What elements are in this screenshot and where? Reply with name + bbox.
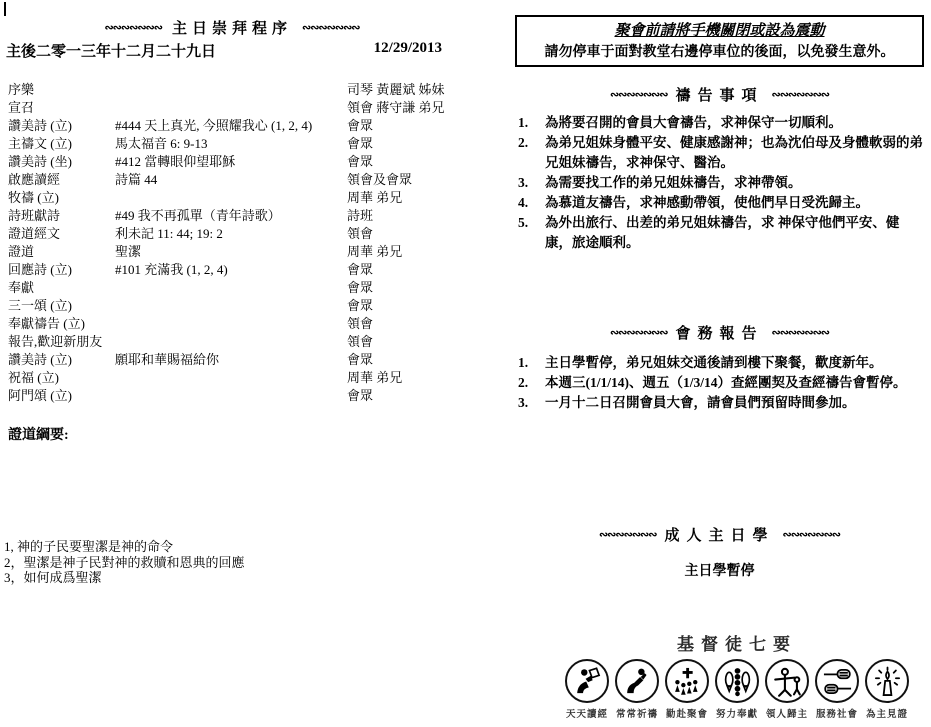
item-number: 2. xyxy=(518,133,545,173)
program-item-detail xyxy=(115,279,347,297)
item-text: 為需要找工作的弟兄姐妹禱告，求神帶領。 xyxy=(545,173,923,193)
witness-for-lord-icon xyxy=(865,659,909,703)
program-item-detail xyxy=(115,99,347,117)
announcements-list: 1.主日學暫停，弟兄姐妹交通後請到樓下聚餐，歡度新年。 2.本週三(1/1/14… xyxy=(518,353,923,413)
sermon-outline-point: 3，如何成爲聖潔 xyxy=(4,570,245,586)
essential-constant-prayer: 常常祈禱 xyxy=(613,659,661,720)
essential-label: 常常祈禱 xyxy=(613,706,661,720)
program-item-label: 啟應讀經 xyxy=(8,171,115,189)
seven-essentials-block: 基督徒七要 天天讀經 常常祈禱 勤赴聚會 xyxy=(552,630,922,720)
program-item-label: 回應詩 (立) xyxy=(8,261,115,279)
essential-daily-bible: 天天讀經 xyxy=(563,659,611,720)
prayer-item: 3.為需要找工作的弟兄姐妹禱告，求神帶領。 xyxy=(518,173,923,193)
date-numeric: 12/29/2013 xyxy=(374,40,442,61)
item-text: 主日學暫停，弟兄姐妹交通後請到樓下聚餐，歡度新年。 xyxy=(545,353,923,373)
essential-label: 努力奉獻 xyxy=(713,706,761,720)
program-item-label: 讚美詩 (坐) xyxy=(8,153,115,171)
program-item-leader: 會眾 xyxy=(347,351,463,369)
bulletin-page: ∾∾∾∾∾∾∾主日崇拜程序∾∾∾∾∾∾∾ 主後二零一三年十二月二十九日 12/2… xyxy=(0,0,931,727)
program-item-leader: 周華 弟兄 xyxy=(347,189,463,207)
program-row: 奉獻禱告 (立)領會 xyxy=(8,315,463,333)
program-item-leader: 領會 蔣守謙 弟兄 xyxy=(347,99,463,117)
sunday-school-section-title: 成人主日學 xyxy=(664,528,774,544)
prayer-section-title: 禱告事項 xyxy=(675,88,763,104)
program-item-detail xyxy=(115,333,347,351)
program-row: 序樂司琴 黃麗斌 姊妹 xyxy=(8,81,463,99)
program-item-detail: #101 充滿我 (1, 2, 4) xyxy=(115,261,347,279)
program-item-label: 阿門頌 (立) xyxy=(8,387,115,405)
prayer-item: 4.為慕道友禱告，求神感動帶領，使他們早日受洗歸主。 xyxy=(518,193,923,213)
program-row: 報告,歡迎新朋友領會 xyxy=(8,333,463,351)
prayer-item: 1.為將要召開的會員大會禱告，求神保守一切順利。 xyxy=(518,113,923,133)
program-item-detail: 馬太福音 6: 9-13 xyxy=(115,135,347,153)
sermon-outline-point: 1, 神的子民要聖潔是神的命令 xyxy=(4,539,245,555)
program-item-detail xyxy=(115,81,347,99)
serve-society-icon xyxy=(815,659,859,703)
constant-prayer-icon xyxy=(615,659,659,703)
cursor-artifact xyxy=(4,2,6,16)
program-item-label: 奉獻 xyxy=(8,279,115,297)
program-item-detail xyxy=(115,297,347,315)
program-row: 讚美詩 (立)願耶和華賜福給你會眾 xyxy=(8,351,463,369)
program-item-label: 主禱文 (立) xyxy=(8,135,115,153)
program-item-label: 讚美詩 (立) xyxy=(8,351,115,369)
program-item-leader: 領會及會眾 xyxy=(347,171,463,189)
program-item-detail: 聖潔 xyxy=(115,243,347,261)
item-number: 5. xyxy=(518,213,545,253)
announcement-item: 2.本週三(1/1/14)、週五（1/3/14）查經團契及查經禱告會暫停。 xyxy=(518,373,923,393)
program-row: 證道聖潔周華 弟兄 xyxy=(8,243,463,261)
date-chinese: 主後二零一三年十二月二十九日 xyxy=(6,40,216,61)
prayer-section-header: ∾∾∾∾∾∾∾禱告事項∾∾∾∾∾∾∾ xyxy=(515,84,924,105)
diligent-offering-icon xyxy=(715,659,759,703)
ornament-left: ∾∾∾∾∾∾∾ xyxy=(104,22,162,34)
program-row: 奉獻會眾 xyxy=(8,279,463,297)
program-row: 祝福 (立)周華 弟兄 xyxy=(8,369,463,387)
program-item-leader: 會眾 xyxy=(347,279,463,297)
ornament-right: ∾∾∾∾∾∾∾ xyxy=(302,22,360,34)
sermon-outline-title: 證道綱要: xyxy=(8,424,69,444)
program-table: 序樂司琴 黃麗斌 姊妹 宣召領會 蔣守謙 弟兄 讚美詩 (立)#444 天上真光… xyxy=(8,81,463,405)
item-text: 為慕道友禱告，求神感動帶領，使他們早日受洗歸主。 xyxy=(545,193,923,213)
ornament-left: ∾∾∾∾∾∾∾ xyxy=(610,89,668,101)
program-item-leader: 領會 xyxy=(347,315,463,333)
notice-parking: 請勿停車于面對教堂右邊停車位的後面，以免發生意外。 xyxy=(517,41,922,61)
ornament-right: ∾∾∾∾∾∾∾ xyxy=(783,529,841,541)
program-item-detail xyxy=(115,387,347,405)
sermon-outline-point: 2，聖潔是神子民對神的救贖和恩典的回應 xyxy=(4,555,245,571)
announcements-section-header: ∾∾∾∾∾∾∾會務報告∾∾∾∾∾∾∾ xyxy=(515,322,924,343)
program-item-label: 讚美詩 (立) xyxy=(8,117,115,135)
program-item-label: 序樂 xyxy=(8,81,115,99)
program-item-leader: 周華 弟兄 xyxy=(347,243,463,261)
program-item-label: 詩班獻詩 xyxy=(8,207,115,225)
essential-label: 領人歸主 xyxy=(763,706,811,720)
program-row: 主禱文 (立)馬太福音 6: 9-13會眾 xyxy=(8,135,463,153)
program-item-leader: 會眾 xyxy=(347,153,463,171)
program-item-leader: 領會 xyxy=(347,225,463,243)
program-row: 阿門頌 (立)會眾 xyxy=(8,387,463,405)
notice-box: 聚會前請將手機關閉或設為震動 請勿停車于面對教堂右邊停車位的後面，以免發生意外。 xyxy=(515,15,924,67)
program-row: 啟應讀經詩篇 44領會及會眾 xyxy=(8,171,463,189)
essential-label: 服務社會 xyxy=(813,706,861,720)
lead-people-to-christ-icon xyxy=(765,659,809,703)
item-text: 一月十二日召開會員大會，請會員們預留時間參加。 xyxy=(545,393,923,413)
program-row: 牧禱 (立)周華 弟兄 xyxy=(8,189,463,207)
seven-essentials-icons: 天天讀經 常常祈禱 勤赴聚會 努力奉獻 xyxy=(552,659,922,720)
program-item-label: 牧禱 (立) xyxy=(8,189,115,207)
announcement-item: 1.主日學暫停，弟兄姐妹交通後請到樓下聚餐，歡度新年。 xyxy=(518,353,923,373)
item-text: 為弟兄姐妹身體平安、健康感謝神；也為沈伯母及身體軟弱的弟兄姐妹禱告，求神保守、醫… xyxy=(545,133,923,173)
prayer-item: 2.為弟兄姐妹身體平安、健康感謝神；也為沈伯母及身體軟弱的弟兄姐妹禱告，求神保守… xyxy=(518,133,923,173)
prayer-list: 1.為將要召開的會員大會禱告，求神保守一切順利。 2.為弟兄姐妹身體平安、健康感… xyxy=(518,113,923,253)
item-number: 3. xyxy=(518,173,545,193)
program-row: 宣召領會 蔣守謙 弟兄 xyxy=(8,99,463,117)
essential-attend-meetings: 勤赴聚會 xyxy=(663,659,711,720)
item-number: 3. xyxy=(518,393,545,413)
ornament-right: ∾∾∾∾∾∾∾ xyxy=(772,89,830,101)
program-item-detail: 詩篇 44 xyxy=(115,171,347,189)
program-item-label: 宣召 xyxy=(8,99,115,117)
program-item-detail xyxy=(115,189,347,207)
program-item-leader: 會眾 xyxy=(347,135,463,153)
program-item-detail: 利未記 11: 44; 19: 2 xyxy=(115,225,347,243)
program-item-label: 祝福 (立) xyxy=(8,369,115,387)
program-item-leader: 領會 xyxy=(347,333,463,351)
sunday-school-note: 主日學暫停 xyxy=(515,560,924,580)
item-text: 為外出旅行、出差的弟兄姐妹禱告，求 神保守他們平安、健康，旅途順利。 xyxy=(545,213,923,253)
program-item-detail: 願耶和華賜福給你 xyxy=(115,351,347,369)
program-item-leader: 會眾 xyxy=(347,297,463,315)
item-number: 2. xyxy=(518,373,545,393)
program-item-detail xyxy=(115,369,347,387)
program-item-detail: #444 天上真光, 今照耀我心 (1, 2, 4) xyxy=(115,117,347,135)
item-number: 1. xyxy=(518,113,545,133)
essential-witness: 為主見證 xyxy=(863,659,911,720)
item-text: 本週三(1/1/14)、週五（1/3/14）查經團契及查經禱告會暫停。 xyxy=(545,373,923,393)
program-item-leader: 周華 弟兄 xyxy=(347,369,463,387)
prayer-item: 5.為外出旅行、出差的弟兄姐妹禱告，求 神保守他們平安、健康，旅途順利。 xyxy=(518,213,923,253)
essential-serve-society: 服務社會 xyxy=(813,659,861,720)
date-row: 主後二零一三年十二月二十九日 12/29/2013 xyxy=(6,40,442,61)
sunday-school-section-header: ∾∾∾∾∾∾∾成人主日學∾∾∾∾∾∾∾ xyxy=(515,524,924,545)
sermon-outline: 1, 神的子民要聖潔是神的命令 2，聖潔是神子民對神的救贖和恩典的回應 3，如何… xyxy=(4,539,245,586)
announcements-section-title: 會務報告 xyxy=(675,326,763,342)
program-item-label: 證道經文 xyxy=(8,225,115,243)
program-row: 三一頌 (立)會眾 xyxy=(8,297,463,315)
program-item-detail: #49 我不再孤單（青年詩歌） xyxy=(115,207,347,225)
essential-diligent-offering: 努力奉獻 xyxy=(713,659,761,720)
program-item-label: 報告,歡迎新朋友 xyxy=(8,333,115,351)
program-row: 證道經文利未記 11: 44; 19: 2領會 xyxy=(8,225,463,243)
attend-meetings-icon xyxy=(665,659,709,703)
worship-program-header: ∾∾∾∾∾∾∾主日崇拜程序∾∾∾∾∾∾∾ xyxy=(6,17,458,38)
program-item-label: 奉獻禱告 (立) xyxy=(8,315,115,333)
essential-label: 勤赴聚會 xyxy=(663,706,711,720)
essential-lead-people: 領人歸主 xyxy=(763,659,811,720)
program-item-leader: 司琴 黃麗斌 姊妹 xyxy=(347,81,463,99)
notice-phones-off: 聚會前請將手機關閉或設為震動 xyxy=(517,19,922,40)
ornament-left: ∾∾∾∾∾∾∾ xyxy=(599,529,657,541)
program-item-detail: #412 當轉眼仰望耶穌 xyxy=(115,153,347,171)
essential-label: 天天讀經 xyxy=(563,706,611,720)
item-text: 為將要召開的會員大會禱告，求神保守一切順利。 xyxy=(545,113,923,133)
item-number: 4. xyxy=(518,193,545,213)
program-item-leader: 會眾 xyxy=(347,387,463,405)
ornament-right: ∾∾∾∾∾∾∾ xyxy=(772,327,830,339)
program-row: 讚美詩 (坐)#412 當轉眼仰望耶穌會眾 xyxy=(8,153,463,171)
program-item-detail xyxy=(115,315,347,333)
program-item-leader: 會眾 xyxy=(347,261,463,279)
program-row: 回應詩 (立)#101 充滿我 (1, 2, 4)會眾 xyxy=(8,261,463,279)
announcement-item: 3.一月十二日召開會員大會，請會員們預留時間參加。 xyxy=(518,393,923,413)
item-number: 1. xyxy=(518,353,545,373)
program-item-label: 三一頌 (立) xyxy=(8,297,115,315)
program-item-leader: 會眾 xyxy=(347,117,463,135)
program-item-label: 證道 xyxy=(8,243,115,261)
seven-essentials-title: 基督徒七要 xyxy=(552,630,922,655)
worship-program-title: 主日崇拜程序 xyxy=(172,21,292,37)
essential-label: 為主見證 xyxy=(863,706,911,720)
program-row: 詩班獻詩#49 我不再孤單（青年詩歌）詩班 xyxy=(8,207,463,225)
ornament-left: ∾∾∾∾∾∾∾ xyxy=(610,327,668,339)
daily-bible-reading-icon xyxy=(565,659,609,703)
program-item-leader: 詩班 xyxy=(347,207,463,225)
program-row: 讚美詩 (立)#444 天上真光, 今照耀我心 (1, 2, 4)會眾 xyxy=(8,117,463,135)
